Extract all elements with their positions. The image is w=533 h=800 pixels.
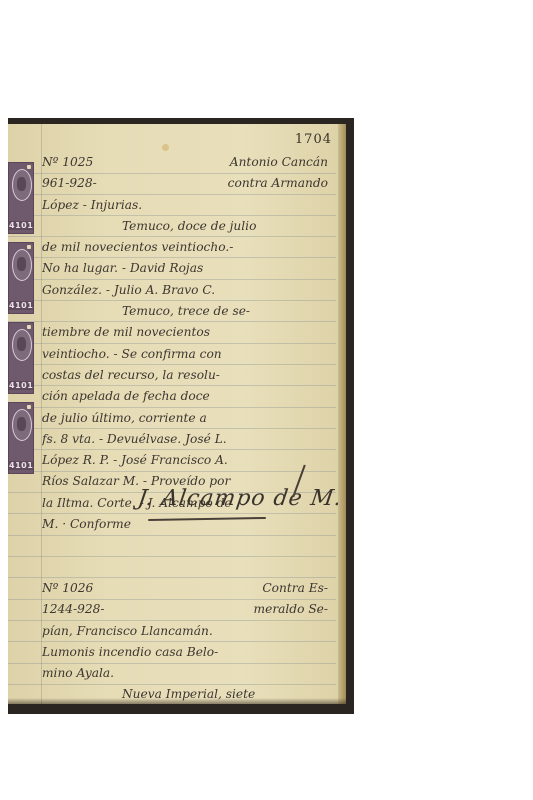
entry-header: Nº 1026 Contra Es- — [42, 578, 328, 599]
case-title: López - Injurias. — [42, 195, 328, 216]
text-line: de julio último, corriente a — [42, 408, 328, 429]
entry-header: Nº 1025 Antonio Cancán — [42, 152, 328, 173]
text-line: veintiocho. - Se confirma con — [42, 344, 328, 365]
entry-number: Nº 1025 — [42, 155, 93, 169]
text-line: López R. P. - José Francisco A. — [42, 450, 328, 471]
coat-of-arms-icon — [12, 169, 32, 201]
revenue-stamp: 4101 — [8, 242, 34, 314]
case-party: Contra Es- — [262, 578, 328, 599]
revenue-stamps: 4101 4101 4101 4101 — [8, 162, 34, 482]
signature-space — [42, 557, 328, 578]
text-line: ción apelada de fecha doce — [42, 386, 328, 407]
text-line: Temuco, doce de julio — [42, 216, 328, 237]
signature: J. Alcampo de M. — [136, 486, 344, 511]
text-line: tiembre de mil novecientos — [42, 322, 328, 343]
text-line: González. - Julio A. Bravo C. — [42, 280, 328, 301]
text-line: de mil novecientos veintiocho.- — [42, 237, 328, 258]
stamp-serial: 4101 — [9, 221, 33, 230]
case-party: contra Armando — [228, 173, 328, 194]
case-party: Antonio Cancán — [230, 152, 328, 173]
text-line: costas del recurso, la resolu- — [42, 365, 328, 386]
handwritten-text: Nº 1025 Antonio Cancán 961-928- contra A… — [42, 152, 328, 704]
case-title: pían, Francisco Llancamán. — [42, 621, 328, 642]
entry-header: 1244-928- meraldo Se- — [42, 599, 328, 620]
case-title: Lumonis incendio casa Belo- — [42, 642, 328, 663]
coat-of-arms-icon — [12, 409, 32, 441]
stamp-serial: 4101 — [9, 461, 33, 470]
revenue-stamp: 4101 — [8, 322, 34, 394]
entry-header: 961-928- contra Armando — [42, 173, 328, 194]
ledger-page: 1704 4101 4101 4101 4101 Nº 1025 Antonio… — [8, 124, 346, 704]
entry-number: Nº 1026 — [42, 581, 93, 595]
page-edge — [338, 124, 346, 704]
text-line: M. · Conforme — [42, 514, 328, 535]
file-reference: 961-928- — [42, 176, 97, 190]
page-number: 1704 — [295, 132, 332, 147]
text-line: Temuco, trece de se- — [42, 301, 328, 322]
ink-smudge — [162, 144, 169, 151]
file-reference: 1244-928- — [42, 602, 105, 616]
signature-space — [42, 535, 328, 556]
coat-of-arms-icon — [12, 249, 32, 281]
case-title: mino Ayala. — [42, 663, 328, 684]
revenue-stamp: 4101 — [8, 402, 34, 474]
stamp-serial: 4101 — [9, 301, 33, 310]
text-line: No ha lugar. - David Rojas — [42, 258, 328, 279]
revenue-stamp: 4101 — [8, 162, 34, 234]
case-party: meraldo Se- — [254, 599, 328, 620]
page-shadow — [8, 698, 346, 704]
text-line: fs. 8 vta. - Devuélvase. José L. — [42, 429, 328, 450]
stamp-serial: 4101 — [9, 381, 33, 390]
coat-of-arms-icon — [12, 329, 32, 361]
